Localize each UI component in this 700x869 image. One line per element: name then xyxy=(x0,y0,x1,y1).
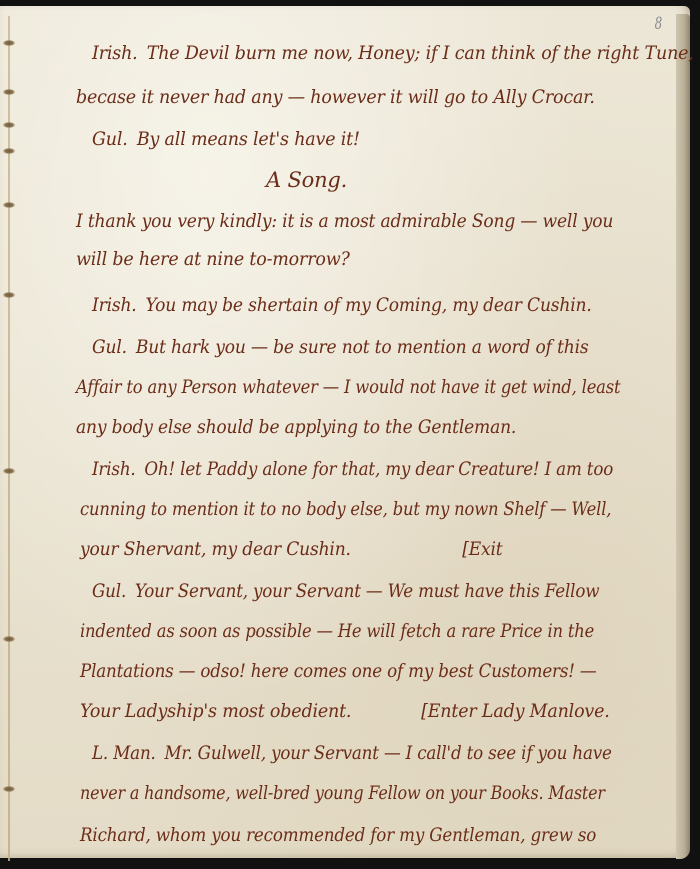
line-text: cunning to mention it to no body else, b… xyxy=(80,498,611,520)
manuscript-line: your Shervant, my dear Cushin. [Exit xyxy=(80,538,503,560)
binding-stitch xyxy=(3,89,15,95)
line-text: Your Servant, your Servant — We must hav… xyxy=(135,580,600,602)
manuscript-line: Richard, whom you recommended for my Gen… xyxy=(80,824,596,846)
manuscript-line: Plantations — odso! here comes one of my… xyxy=(80,660,596,682)
binding-stitch xyxy=(3,40,15,46)
song-heading: A Song. xyxy=(266,168,347,192)
speaker-name: Irish. xyxy=(92,42,138,64)
line-text: becase it never had any — however it wil… xyxy=(76,86,595,108)
manuscript-line: Affair to any Person whatever — I would … xyxy=(76,376,620,398)
manuscript-line: never a handsome, well-bred young Fellow… xyxy=(80,782,605,804)
binding-stitch xyxy=(3,202,15,208)
line-text: indented as soon as possible — He will f… xyxy=(80,620,594,642)
binding-stitch xyxy=(3,468,15,474)
manuscript-line: Gul.By all means let's have it! xyxy=(92,128,360,150)
stage-direction: [Enter Lady Manlove. xyxy=(421,700,610,722)
manuscript-line: will be here at nine to-morrow? xyxy=(76,248,350,270)
manuscript-line: Irish.You may be shertain of my Coming, … xyxy=(92,294,592,316)
manuscript-line: Gul.But hark you — be sure not to mentio… xyxy=(92,336,588,358)
manuscript-line: becase it never had any — however it wil… xyxy=(76,86,595,108)
line-text: Affair to any Person whatever — I would … xyxy=(76,376,620,398)
manuscript-line: any body else should be applying to the … xyxy=(76,416,516,438)
binding-stitch xyxy=(3,636,15,642)
line-text: The Devil burn me now, Honey; if I can t… xyxy=(147,42,694,64)
line-text: Plantations — odso! here comes one of my… xyxy=(80,660,596,682)
line-text: Mr. Gulwell, your Servant — I call'd to … xyxy=(164,742,611,764)
page-edge xyxy=(676,14,690,859)
speaker-name: Gul. xyxy=(92,580,126,602)
line-text: never a handsome, well-bred young Fellow… xyxy=(80,782,605,804)
line-text: By all means let's have it! xyxy=(137,128,360,150)
line-text: Your Ladyship's most obedient. xyxy=(80,700,351,722)
manuscript-line: L. Man.Mr. Gulwell, your Servant — I cal… xyxy=(92,742,612,764)
manuscript-page: 8 Irish.The Devil burn me now, Honey; if… xyxy=(0,6,690,858)
page-number: 8 xyxy=(655,14,663,34)
speaker-name: Gul. xyxy=(92,336,127,358)
line-text: Oh! let Paddy alone for that, my dear Cr… xyxy=(144,458,613,480)
manuscript-line: I thank you very kindly: it is a most ad… xyxy=(76,210,613,232)
line-text: will be here at nine to-morrow? xyxy=(76,248,350,270)
speaker-name: Irish. xyxy=(92,458,136,480)
binding-line xyxy=(8,16,10,861)
speaker-name: L. Man. xyxy=(92,742,156,764)
line-text: any body else should be applying to the … xyxy=(76,416,516,438)
manuscript-line: indented as soon as possible — He will f… xyxy=(80,620,594,642)
speaker-name: Gul. xyxy=(92,128,128,150)
line-text: Richard, whom you recommended for my Gen… xyxy=(80,824,596,846)
manuscript-line: Irish.Oh! let Paddy alone for that, my d… xyxy=(92,458,613,480)
speaker-name: Irish. xyxy=(92,294,137,316)
manuscript-line: cunning to mention it to no body else, b… xyxy=(80,498,611,520)
binding-stitch xyxy=(3,292,15,298)
binding-stitch xyxy=(3,122,15,128)
stage-direction: [Exit xyxy=(462,538,502,560)
line-text: I thank you very kindly: it is a most ad… xyxy=(76,210,613,232)
line-text: A Song. xyxy=(266,168,347,192)
binding-stitch xyxy=(3,148,15,154)
line-text: your Shervant, my dear Cushin. xyxy=(80,538,351,560)
manuscript-line: Gul.Your Servant, your Servant — We must… xyxy=(92,580,599,602)
line-text: But hark you — be sure not to mention a … xyxy=(136,336,589,358)
line-text: You may be shertain of my Coming, my dea… xyxy=(146,294,592,316)
manuscript-line: Your Ladyship's most obedient. [Enter La… xyxy=(80,700,610,722)
manuscript-line: Irish.The Devil burn me now, Honey; if I… xyxy=(92,42,694,64)
binding-stitch xyxy=(3,786,15,792)
scan-frame: 8 Irish.The Devil burn me now, Honey; if… xyxy=(0,0,700,869)
